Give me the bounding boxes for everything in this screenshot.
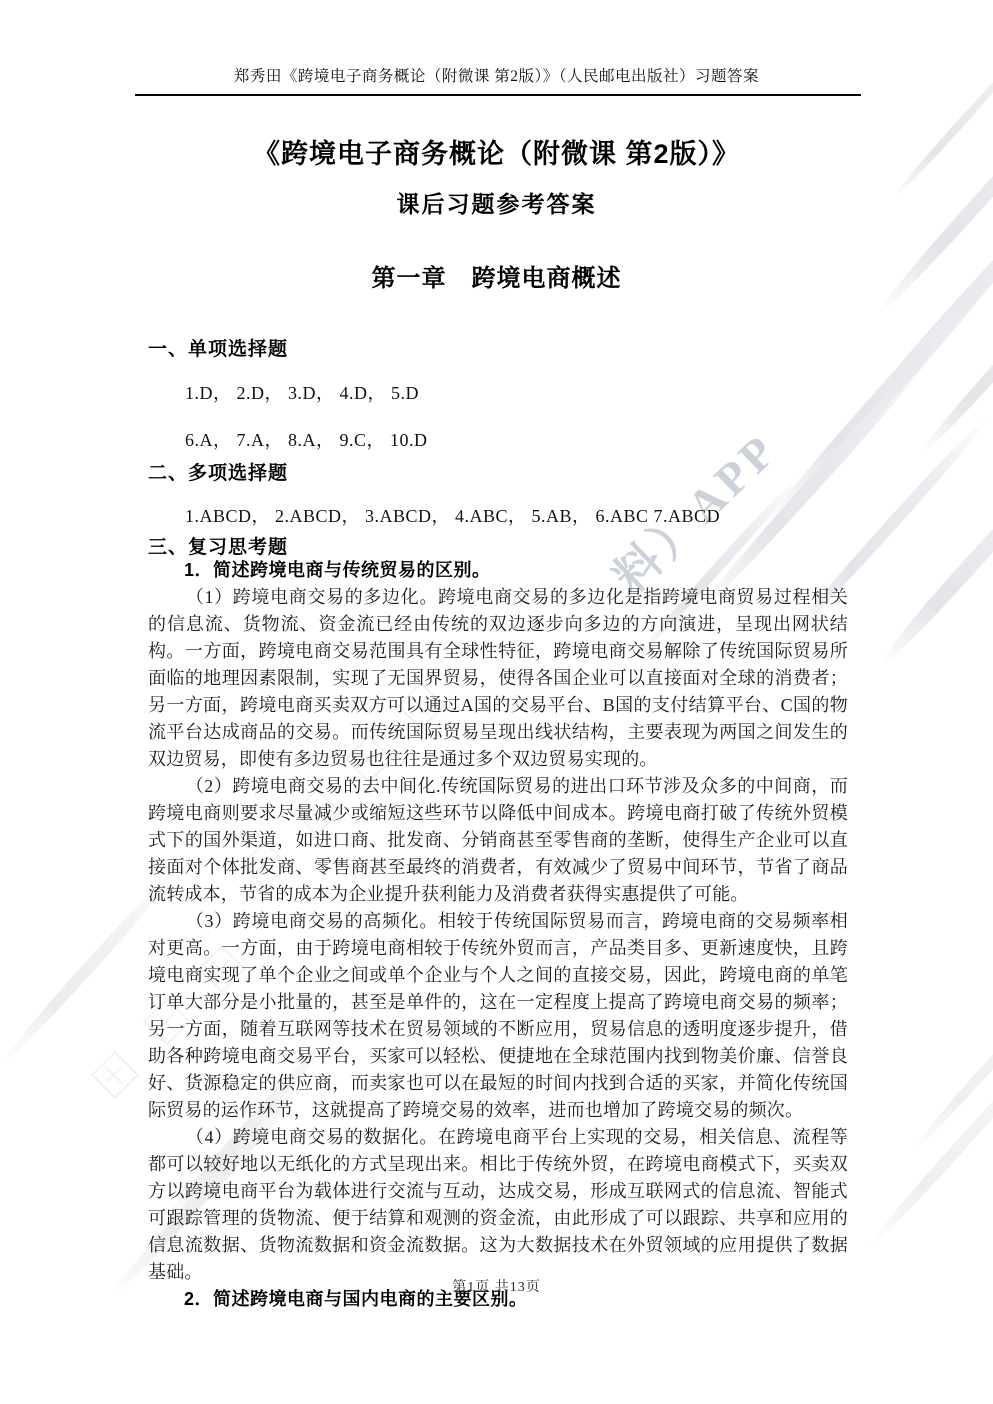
multi-choice-answers: 1.ABCD， 2.ABCD， 3.ABCD， 4.ABC， 5.AB， 6.A… <box>148 502 848 528</box>
section-multi-choice-heading: 二、多项选择题 <box>148 458 848 485</box>
running-header: 郑秀田《跨境电子商务概论（附微课 第2版）》（人民邮电出版社）习题答案 <box>0 64 993 86</box>
answer1-paragraph-3: （3）跨境电商交易的高频化。相较于传统国际贸易而言，跨境电商的交易频率相对更高。… <box>148 908 848 1124</box>
review-question-1: 1．简述跨境电商与传统贸易的区别。 <box>148 557 848 584</box>
section-single-choice-heading: 一、单项选择题 <box>148 334 848 361</box>
answer1-paragraph-1: （1）跨境电商交易的多边化。跨境电商交易的多边化是指跨境电商贸易过程相关的信息流… <box>148 584 848 773</box>
doc-subtitle: 课后习题参考答案 <box>0 186 993 219</box>
watermark-streak <box>915 273 993 459</box>
watermark-streak <box>875 466 993 670</box>
review-content: 1．简述跨境电商与传统贸易的区别。 （1）跨境电商交易的多边化。跨境电商交易的多… <box>148 557 848 1313</box>
document-page: 料）APP 郑秀田《跨境电子商务概论（附微课 第2版）》（人民邮电出版社）习题答… <box>0 0 993 1404</box>
chapter-heading: 第一章 跨境电商概述 <box>0 258 993 293</box>
page-number: 第1页 共13页 <box>0 1276 993 1296</box>
header-rule <box>135 94 861 96</box>
doc-title: 《跨境电子商务概论（附微课 第2版）》 <box>0 132 993 171</box>
answer1-paragraph-2: （2）跨境电商交易的去中间化.传统国际贸易的进出口环节涉及众多的中间商，而跨境电… <box>148 773 848 908</box>
watermark-streak <box>862 1038 993 1254</box>
watermark-glyph <box>91 1051 139 1099</box>
single-choice-answers-line-2: 6.A， 7.A， 8.A， 9.C， 10.D <box>148 426 848 452</box>
single-choice-answers-line-1: 1.D， 2.D， 3.D， 4.D， 5.D <box>148 379 848 405</box>
section-review-heading: 三、复习思考题 <box>148 532 848 559</box>
watermark-streak <box>906 972 993 1157</box>
answer1-paragraph-4: （4）跨境电商交易的数据化。在跨境电商平台上实现的交易，相关信息、流程等都可以较… <box>148 1124 848 1286</box>
